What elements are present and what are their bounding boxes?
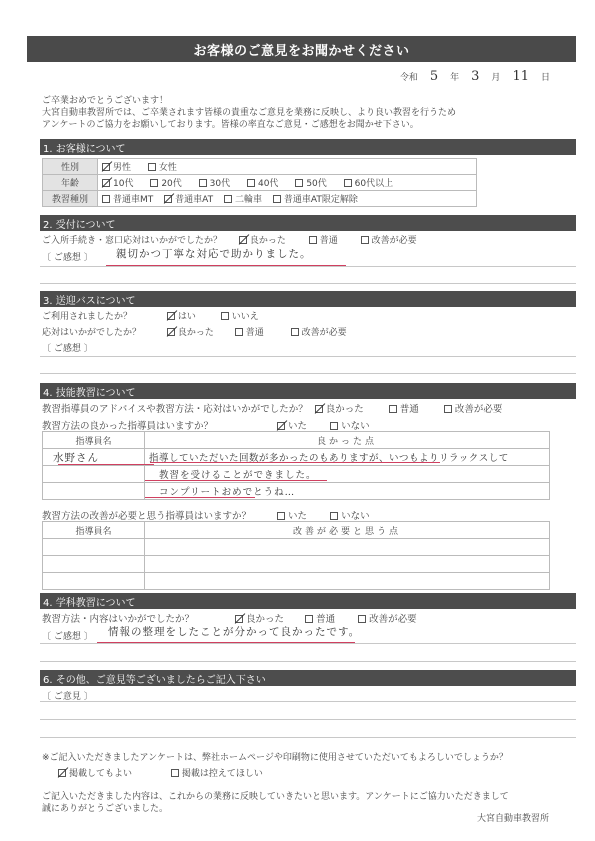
option-label: 良かった <box>250 236 286 246</box>
comment-rule <box>40 643 576 644</box>
instructor-name-cell[interactable] <box>43 483 145 500</box>
year-value: 5 <box>430 69 438 84</box>
option-normal[interactable]: 普通 <box>389 404 419 415</box>
option-label: 良かった <box>178 328 214 338</box>
option-at[interactable]: 普通車AT <box>164 195 213 205</box>
improvement-cell[interactable] <box>145 573 550 590</box>
checkbox-icon[interactable] <box>344 179 352 187</box>
checkbox-icon[interactable] <box>305 615 313 623</box>
instructor-name-cell[interactable]: 水野さん <box>43 449 145 466</box>
day-unit: 日 <box>541 70 550 83</box>
comment-rule <box>40 283 576 284</box>
question-text: ご利用されましたか？ <box>42 309 164 322</box>
option-needs-improvement[interactable]: 改善が必要 <box>444 404 503 415</box>
month-unit: 月 <box>491 70 500 83</box>
option-male[interactable]: 男性 <box>102 163 131 173</box>
option-30s[interactable]: 30代 <box>199 179 230 189</box>
checkbox-checked-icon[interactable] <box>102 163 110 171</box>
checkbox-icon[interactable] <box>150 179 158 187</box>
option-normal[interactable]: 普通 <box>235 328 264 338</box>
red-underline <box>58 464 154 465</box>
instructor-name-cell[interactable] <box>43 556 145 573</box>
checkbox-icon[interactable] <box>309 236 317 244</box>
column-header-improvement-points: 改善が必要と思う点 <box>145 522 550 539</box>
checkbox-checked-icon[interactable] <box>102 179 110 187</box>
option-label: はい <box>178 312 196 322</box>
closing-text: ご記入いただきました内容は、これからの業務に反映していきたいと思います。アンケー… <box>42 791 509 815</box>
intro-line: ご卒業おめでとうございます！ <box>42 95 456 107</box>
month-value: 3 <box>471 69 479 84</box>
option-60s-plus[interactable]: 60代以上 <box>344 179 393 189</box>
question-text: 教習方法・内容はいかがでしたか？ <box>42 611 232 625</box>
checkbox-icon[interactable] <box>199 179 207 187</box>
academic-question-row: 教習方法・内容はいかがでしたか？ 良かった 普通 改善が必要 <box>42 611 417 625</box>
option-label: 女性 <box>159 163 177 173</box>
question-text: ご入所手続き・窓口応対はいかがでしたか？ <box>42 236 222 246</box>
course-type-options: 普通車MT 普通車AT 二輪車 普通車AT限定解除 <box>98 191 477 207</box>
instructor-advice-row: 教習指導員のアドバイスや教習方法・応対はいかがでしたか？ 良かった 普通 改善が… <box>42 401 502 415</box>
closing-line: 誠にありがとうございました。 <box>42 803 509 815</box>
option-at-limit-removal[interactable]: 普通車AT限定解除 <box>273 195 358 205</box>
comment-rule <box>40 266 576 267</box>
checkbox-icon[interactable] <box>273 195 281 203</box>
customer-info-table: 性別 男性 女性 年齢 10代 20代 30代 40代 50代 60代以上 教習… <box>42 158 477 207</box>
table-row <box>43 539 550 556</box>
checkbox-checked-icon[interactable] <box>315 405 323 413</box>
option-label: 普通車MT <box>113 195 153 205</box>
age-options: 10代 20代 30代 40代 50代 60代以上 <box>98 175 477 191</box>
option-normal[interactable]: 普通 <box>309 236 338 246</box>
instructor-name-cell[interactable] <box>43 539 145 556</box>
red-underline <box>150 462 440 463</box>
improvement-cell[interactable] <box>145 556 550 573</box>
instructor-name-cell[interactable] <box>43 466 145 483</box>
option-label: 二輪車 <box>235 195 262 205</box>
option-needs-improvement[interactable]: 改善が必要 <box>291 328 347 338</box>
option-good[interactable]: 良かった <box>315 404 364 415</box>
good-instructor-table: 指導員名 良かった点 水野さん 指導していただいた回数が多かったのもありますが、… <box>42 431 550 500</box>
section-heading-other-comments: 6. その他、ご意見等ございましたらご記入下さい <box>40 670 576 686</box>
comment-rule <box>40 701 576 702</box>
checkbox-icon[interactable] <box>295 179 303 187</box>
comment-label: 〔 ご感想 〕 <box>42 250 93 263</box>
table-row: コンプリートおめでとうね… <box>43 483 550 500</box>
column-header-instructor: 指導員名 <box>43 432 145 449</box>
option-label: 改善が必要 <box>372 236 417 246</box>
comment-rule <box>40 356 576 357</box>
checkbox-checked-icon[interactable] <box>277 422 285 430</box>
comment-rule <box>40 373 576 374</box>
checkbox-icon[interactable] <box>330 422 338 430</box>
section-heading-shuttle-bus: 3. 送迎バスについて <box>40 291 576 307</box>
checkbox-icon[interactable] <box>291 328 299 336</box>
option-label: 20代 <box>161 179 181 189</box>
option-label: 良かった <box>326 404 364 415</box>
option-label: 改善が必要 <box>302 328 347 338</box>
checkbox-icon[interactable] <box>330 512 338 520</box>
checkbox-icon[interactable] <box>247 179 255 187</box>
section-heading-driving-lessons: 4. 技能教習について <box>40 383 576 399</box>
date-field[interactable]: 令和 5 年 3 月 11 日 <box>400 69 550 84</box>
improve-instructor-row: 教習方法の改善が必要と思う指導員はいますか？ いた いない <box>42 508 370 522</box>
option-label: 30代 <box>210 179 230 189</box>
checkbox-icon[interactable] <box>444 405 452 413</box>
day-value: 11 <box>512 69 529 84</box>
option-50s[interactable]: 50代 <box>295 179 326 189</box>
comment-label: 〔 ご感想 〕 <box>42 341 93 354</box>
option-yes[interactable]: はい <box>167 312 196 322</box>
checkbox-icon[interactable] <box>221 312 229 320</box>
checkbox-checked-icon[interactable] <box>164 195 172 203</box>
table-row <box>43 573 550 590</box>
option-no[interactable]: いいえ <box>221 312 259 322</box>
academic-comment[interactable]: 情報の整理をしたことが分かって良かったです。 <box>108 624 360 639</box>
option-mt[interactable]: 普通車MT <box>102 195 153 205</box>
checkbox-icon[interactable] <box>148 163 156 171</box>
course-type-label: 教習種別 <box>43 191 98 207</box>
closing-line: ご記入いただきました内容は、これからの業務に反映していきたいと思います。アンケー… <box>42 791 509 803</box>
option-label: 普通車AT <box>175 195 213 205</box>
reception-question-row: ご入所手続き・窓口応対はいかがでしたか？ 良かった 普通 改善が必要 <box>42 233 417 246</box>
gender-label: 性別 <box>43 159 98 175</box>
option-label: 10代 <box>113 179 133 189</box>
section-heading-academic-lessons: 4. 学科教習について <box>40 593 576 609</box>
checkbox-icon[interactable] <box>361 236 369 244</box>
comment-rule <box>40 719 576 720</box>
option-label: 60代以上 <box>355 179 393 189</box>
section-heading-reception: 2. 受付について <box>40 215 576 231</box>
consent-question: ※ご記入いただきましたアンケートは、弊社ホームページや印刷物に使用させていただい… <box>42 752 508 764</box>
option-label: 普通 <box>320 236 338 246</box>
checkbox-checked-icon[interactable] <box>167 312 175 320</box>
comment-rule <box>40 737 576 738</box>
intro-line: 大宮自動車教習所では、ご卒業されます皆様の貴重なご意見を業務に反映し、より良い教… <box>42 107 456 119</box>
option-good[interactable]: 良かった <box>167 328 214 338</box>
section-heading-customer: 1. お客様について <box>40 139 576 155</box>
improvement-cell[interactable] <box>145 539 550 556</box>
bus-usage-row: ご利用されましたか？ はい いいえ <box>42 309 259 322</box>
bus-service-row: 応対はいかがでしたか？ 良かった 普通 改善が必要 <box>42 325 347 338</box>
table-row <box>43 556 550 573</box>
option-good[interactable]: 良かった <box>239 236 286 246</box>
option-10s[interactable]: 10代 <box>102 179 133 189</box>
question-text: 教習方法の良かった指導員はいますか？ <box>42 418 274 432</box>
checkbox-checked-icon[interactable] <box>167 328 175 336</box>
option-label: 40代 <box>258 179 278 189</box>
school-signature: 大宮自動車教習所 <box>477 811 549 824</box>
age-label: 年齢 <box>43 175 98 191</box>
year-unit: 年 <box>450 70 459 83</box>
option-female[interactable]: 女性 <box>148 163 177 173</box>
question-text: 教習方法の改善が必要と思う指導員はいますか？ <box>42 508 274 522</box>
comment-label: 〔 ご感想 〕 <box>42 629 93 642</box>
checkbox-checked-icon[interactable] <box>58 769 66 777</box>
checkbox-icon[interactable] <box>277 512 285 520</box>
instructor-name-cell[interactable] <box>43 573 145 590</box>
checkbox-checked-icon[interactable] <box>235 615 243 623</box>
checkbox-icon[interactable] <box>235 328 243 336</box>
option-label: 50代 <box>306 179 326 189</box>
option-label: 男性 <box>113 163 131 173</box>
era-label: 令和 <box>400 70 418 83</box>
red-underline <box>145 497 255 498</box>
option-allow-publish[interactable]: 掲載してもよい <box>58 766 168 779</box>
comment-rule <box>40 661 576 662</box>
checkbox-checked-icon[interactable] <box>239 236 247 244</box>
option-needs-improvement[interactable]: 改善が必要 <box>361 236 417 246</box>
good-instructor-row: 教習方法の良かった指導員はいますか？ いた いない <box>42 418 370 432</box>
checkbox-icon[interactable] <box>389 405 397 413</box>
improve-instructor-table: 指導員名 改善が必要と思う点 <box>42 521 550 590</box>
option-label: 掲載は控えてほしい <box>182 769 263 779</box>
question-text: 教習指導員のアドバイスや教習方法・応対はいかがでしたか？ <box>42 404 308 415</box>
option-label: 普通 <box>400 404 419 415</box>
option-label: 普通 <box>246 328 264 338</box>
option-label: 掲載してもよい <box>69 769 132 779</box>
option-label: 普通車AT限定解除 <box>284 195 358 205</box>
reception-comment[interactable]: 親切かつ丁寧な対応で助かりました。 <box>116 246 312 261</box>
consent-options: 掲載してもよい 掲載は控えてほしい <box>58 766 263 779</box>
checkbox-icon[interactable] <box>171 769 179 777</box>
option-20s[interactable]: 20代 <box>150 179 181 189</box>
checkbox-icon[interactable] <box>358 615 366 623</box>
option-decline-publish[interactable]: 掲載は控えてほしい <box>171 769 263 779</box>
intro-text: ご卒業おめでとうございます！ 大宮自動車教習所では、ご卒業されます皆様の貴重なご… <box>42 95 456 131</box>
option-needs-improvement[interactable]: 改善が必要 <box>358 614 417 625</box>
option-motorcycle[interactable]: 二輪車 <box>224 195 262 205</box>
option-label: 改善が必要 <box>455 404 503 415</box>
option-label: 改善が必要 <box>369 614 417 625</box>
checkbox-icon[interactable] <box>102 195 110 203</box>
option-40s[interactable]: 40代 <box>247 179 278 189</box>
form-title: お客様のご意見をお聞かせください <box>27 36 576 62</box>
checkbox-icon[interactable] <box>224 195 232 203</box>
intro-line: アンケートのご協力をお願いしております。皆様の率直なご意見・ご感想をお聞かせ下さ… <box>42 119 456 131</box>
question-text: 応対はいかがでしたか？ <box>42 325 164 338</box>
option-label: いいえ <box>232 312 259 322</box>
column-header-good-points: 良かった点 <box>145 432 550 449</box>
gender-options: 男性 女性 <box>98 159 477 175</box>
red-underline <box>145 480 327 481</box>
column-header-instructor: 指導員名 <box>43 522 145 539</box>
